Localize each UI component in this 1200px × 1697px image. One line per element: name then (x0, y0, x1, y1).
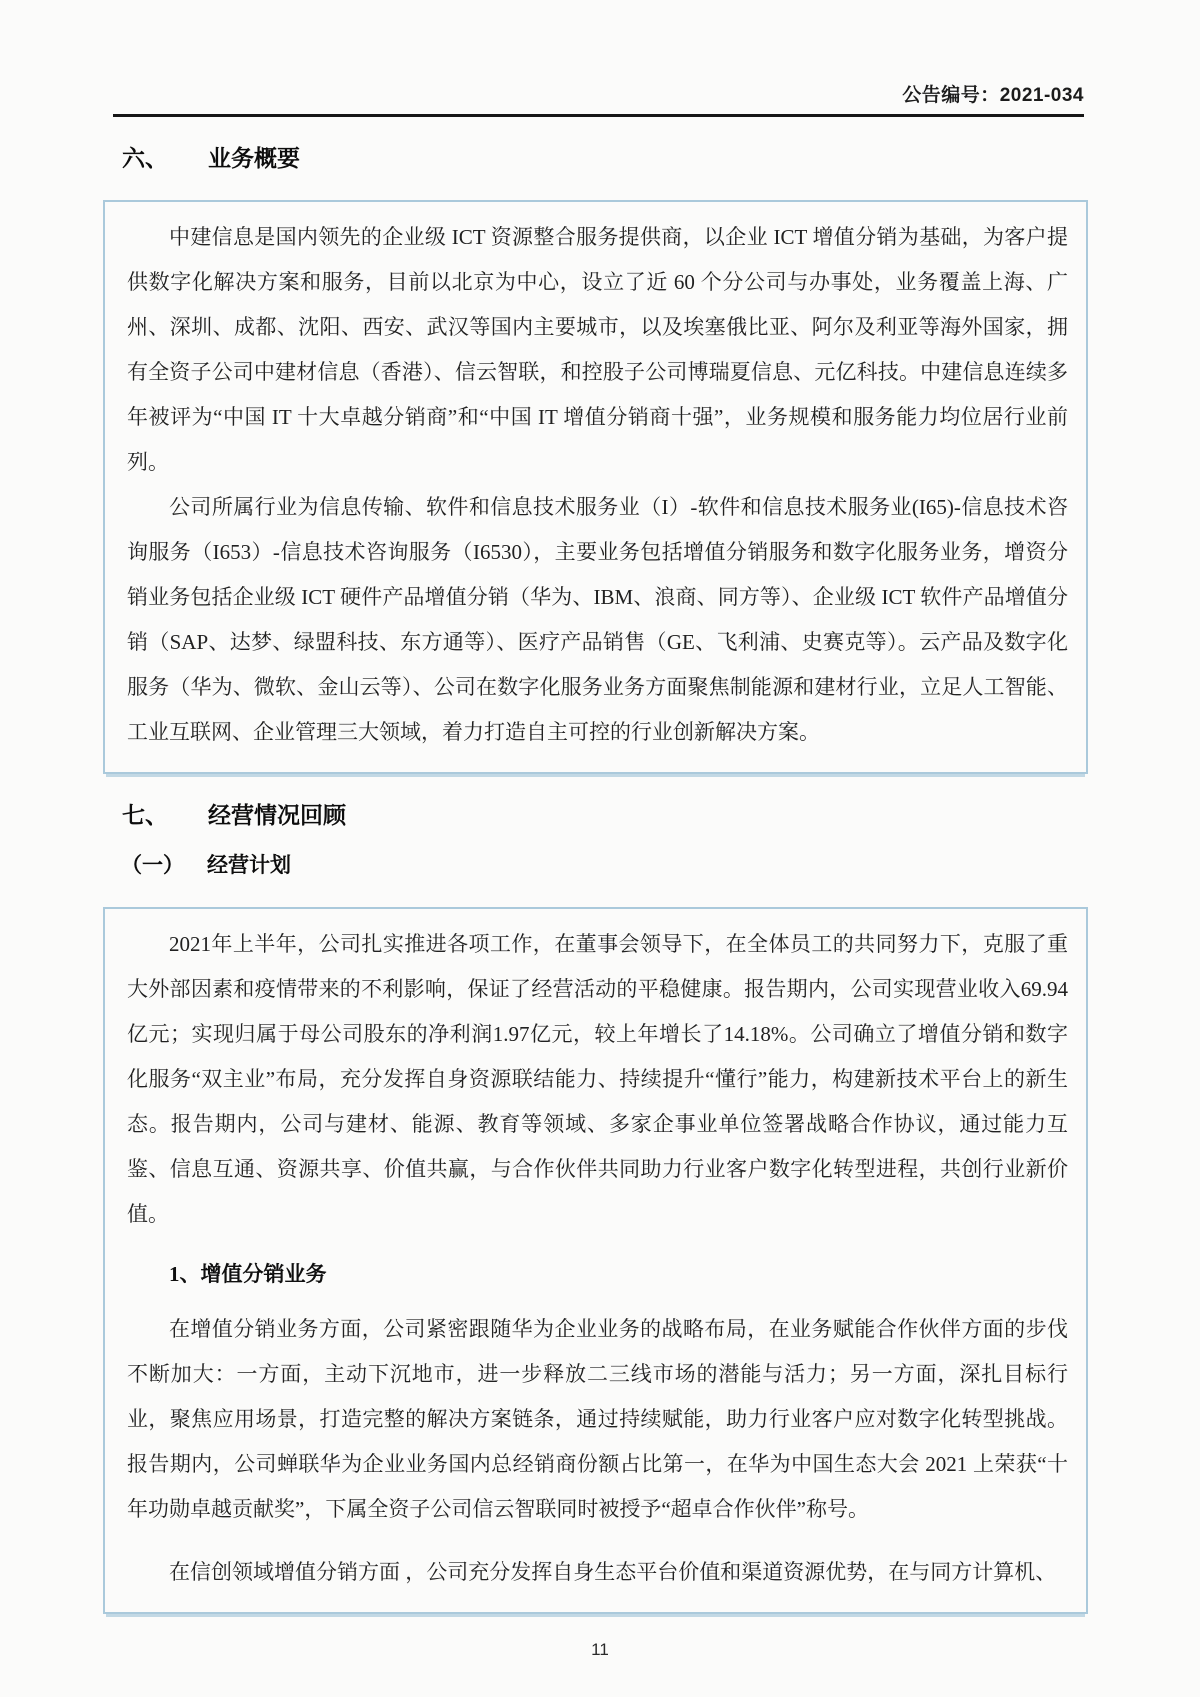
header-rule (113, 114, 1084, 117)
subsection-1-number: （一） (121, 852, 207, 880)
business-overview-box: 中建信息是国内领先的企业级 ICT 资源整合服务提供商，以企业 ICT 增值分销… (103, 200, 1088, 774)
document-header: 公告编号：2021-034 (0, 0, 1200, 107)
section-6-title: 业务概要 (208, 145, 300, 171)
section-6-number: 六、 (122, 143, 208, 173)
subsection-1-title: 经营计划 (207, 854, 291, 877)
review-paragraph-1: 2021年上半年，公司扎实推进各项工作，在董事会领导下，在全体员工的共同努力下，… (127, 922, 1068, 1237)
announcement-number: 公告编号：2021-034 (902, 85, 1084, 106)
overview-paragraph-1: 中建信息是国内领先的企业级 ICT 资源整合服务提供商，以企业 ICT 增值分销… (127, 215, 1068, 485)
review-paragraph-3: 在信创领域增值分销方面 ，公司充分发挥自身生态平台价值和渠道资源优势，在与同方计… (127, 1550, 1068, 1595)
document-page: 公告编号：2021-034 六、业务概要 中建信息是国内领先的企业级 ICT 资… (0, 0, 1200, 1697)
distribution-business-subheading: 1、增值分销业务 (127, 1237, 1068, 1307)
page-number: 11 (591, 1640, 609, 1659)
section-6-heading: 六、业务概要 (122, 143, 1084, 173)
page-footer: 11 (0, 1640, 1200, 1660)
section-7-title: 经营情况回顾 (208, 802, 346, 828)
overview-paragraph-2: 公司所属行业为信息传输、软件和信息技术服务业（I）-软件和信息技术服务业(I65… (127, 485, 1068, 755)
section-7-number: 七、 (122, 800, 208, 830)
section-7-heading: 七、经营情况回顾 (122, 800, 1084, 830)
operating-review-box: 2021年上半年，公司扎实推进各项工作，在董事会领导下，在全体员工的共同努力下，… (103, 907, 1088, 1614)
subsection-1-heading: （一）经营计划 (121, 852, 1084, 880)
review-paragraph-2: 在增值分销业务方面，公司紧密跟随华为企业业务的战略布局，在业务赋能合作伙伴方面的… (127, 1307, 1068, 1532)
